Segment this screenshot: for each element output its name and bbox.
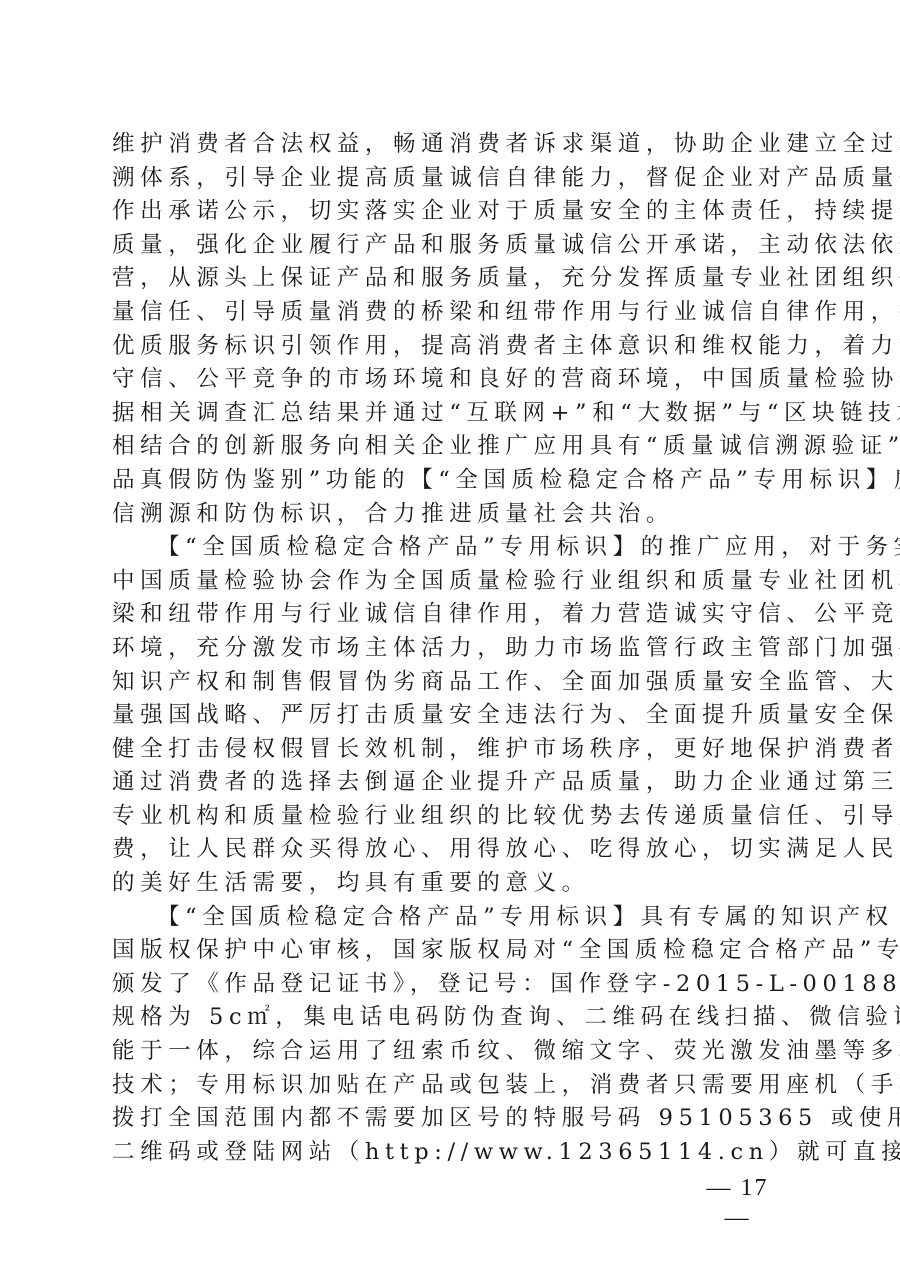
text-line: 中国质量检验协会作为全国质量检验行业组织和质量专业社团机构的桥	[112, 565, 792, 599]
text-line: 据相关调查汇总结果并通过“互联网+”和“大数据”与“区块链技术”	[112, 397, 792, 431]
text-line: 二维码或登陆网站（http://www.12365114.cn）就可直接查询验证…	[112, 1136, 792, 1170]
text-line: 环境，充分激发市场主体活力，助力市场监管行政主管部门加强打击侵犯	[112, 632, 792, 666]
paragraph-3: 【“全国质检稳定合格产品”专用标识】具有专属的知识产权（经中 国版权保护中心审核…	[112, 901, 792, 1170]
text-line: 国版权保护中心审核，国家版权局对“全国质检稳定合格产品”专用标识	[112, 934, 792, 968]
text-line: 信溯源和防伪标识，合力推进质量社会共治。	[112, 498, 792, 532]
text-line: 拨打全国范围内都不需要加区号的特服号码 95105365 或使用手机扫描	[112, 1102, 792, 1136]
text-line: 颁发了《作品登记证书》，登记号：国作登字-2015-L-00188456），基本	[112, 968, 792, 1002]
text-line: 维护消费者合法权益，畅通消费者诉求渠道，协助企业建立全过程质量追	[112, 128, 792, 162]
text-line: 通过消费者的选择去倒逼企业提升产品质量，助力企业通过第三方质量	[112, 766, 792, 800]
text-line: 专业机构和质量检验行业组织的比较优势去传递质量信任、引导质量消	[112, 800, 792, 834]
text-line: 溯体系，引导企业提高质量诚信自律能力，督促企业对产品质量保障措施	[112, 162, 792, 196]
text-line: 质量，强化企业履行产品和服务质量诚信公开承诺，主动依法依规生产经	[112, 229, 792, 263]
text-line: 【“全国质检稳定合格产品”专用标识】的推广应用，对于务实发挥	[112, 531, 792, 565]
text-line: 梁和纽带作用与行业诚信自律作用，着力营造诚实守信、公平竞争的市场	[112, 598, 792, 632]
text-line: 作出承诺公示，切实落实企业对于质量安全的主体责任，持续提升供给	[112, 195, 792, 229]
text-line: 量强国战略、严厉打击质量安全违法行为、全面提升质量安全保障水平、	[112, 699, 792, 733]
text-line: 规格为 5c㎡，集电话电码防伪查询、二维码在线扫描、微信验证等多种功	[112, 1001, 792, 1035]
document-page: 维护消费者合法权益，畅通消费者诉求渠道，协助企业建立全过程质量追 溯体系，引导企…	[0, 0, 900, 1273]
page-number: — 17 —	[700, 1173, 775, 1233]
paragraph-2: 【“全国质检稳定合格产品”专用标识】的推广应用，对于务实发挥 中国质量检验协会作…	[112, 531, 792, 901]
text-line: 守信、公平竞争的市场环境和良好的营商环境，中国质量检验协会决定根	[112, 363, 792, 397]
text-line: 知识产权和制售假冒伪劣商品工作、全面加强质量安全监管、大力实施质	[112, 666, 792, 700]
text-line: 技术；专用标识加贴在产品或包装上，消费者只需要用座机（手机）电话	[112, 1069, 792, 1103]
body-text: 维护消费者合法权益，畅通消费者诉求渠道，协助企业建立全过程质量追 溯体系，引导企…	[112, 128, 792, 1169]
text-line: 优质服务标识引领作用，提高消费者主体意识和维权能力，着力营造诚实	[112, 330, 792, 364]
text-line: 的美好生活需要，均具有重要的意义。	[112, 867, 792, 901]
text-line: 【“全国质检稳定合格产品”专用标识】具有专属的知识产权（经中	[112, 901, 792, 935]
text-line: 费，让人民群众买得放心、用得放心、吃得放心，切实满足人民日益增长	[112, 833, 792, 867]
text-line: 营，从源头上保证产品和服务质量，充分发挥质量专业社团组织传递质	[112, 262, 792, 296]
text-line: 量信任、引导质量消费的桥梁和纽带作用与行业诚信自律作用，推进建立	[112, 296, 792, 330]
text-line: 品真假防伪鉴别”功能的【“全国质检稳定合格产品”专用标识】质量诚	[112, 464, 792, 498]
paragraph-1: 维护消费者合法权益，畅通消费者诉求渠道，协助企业建立全过程质量追 溯体系，引导企…	[112, 128, 792, 531]
text-line: 健全打击侵权假冒长效机制，维护市场秩序，更好地保护消费者合法权益，	[112, 733, 792, 767]
text-line: 能于一体，综合运用了纽索币纹、微缩文字、荧光激发油墨等多种防伪	[112, 1035, 792, 1069]
text-line: 相结合的创新服务向相关企业推广应用具有“质量诚信溯源验证”和“产	[112, 430, 792, 464]
